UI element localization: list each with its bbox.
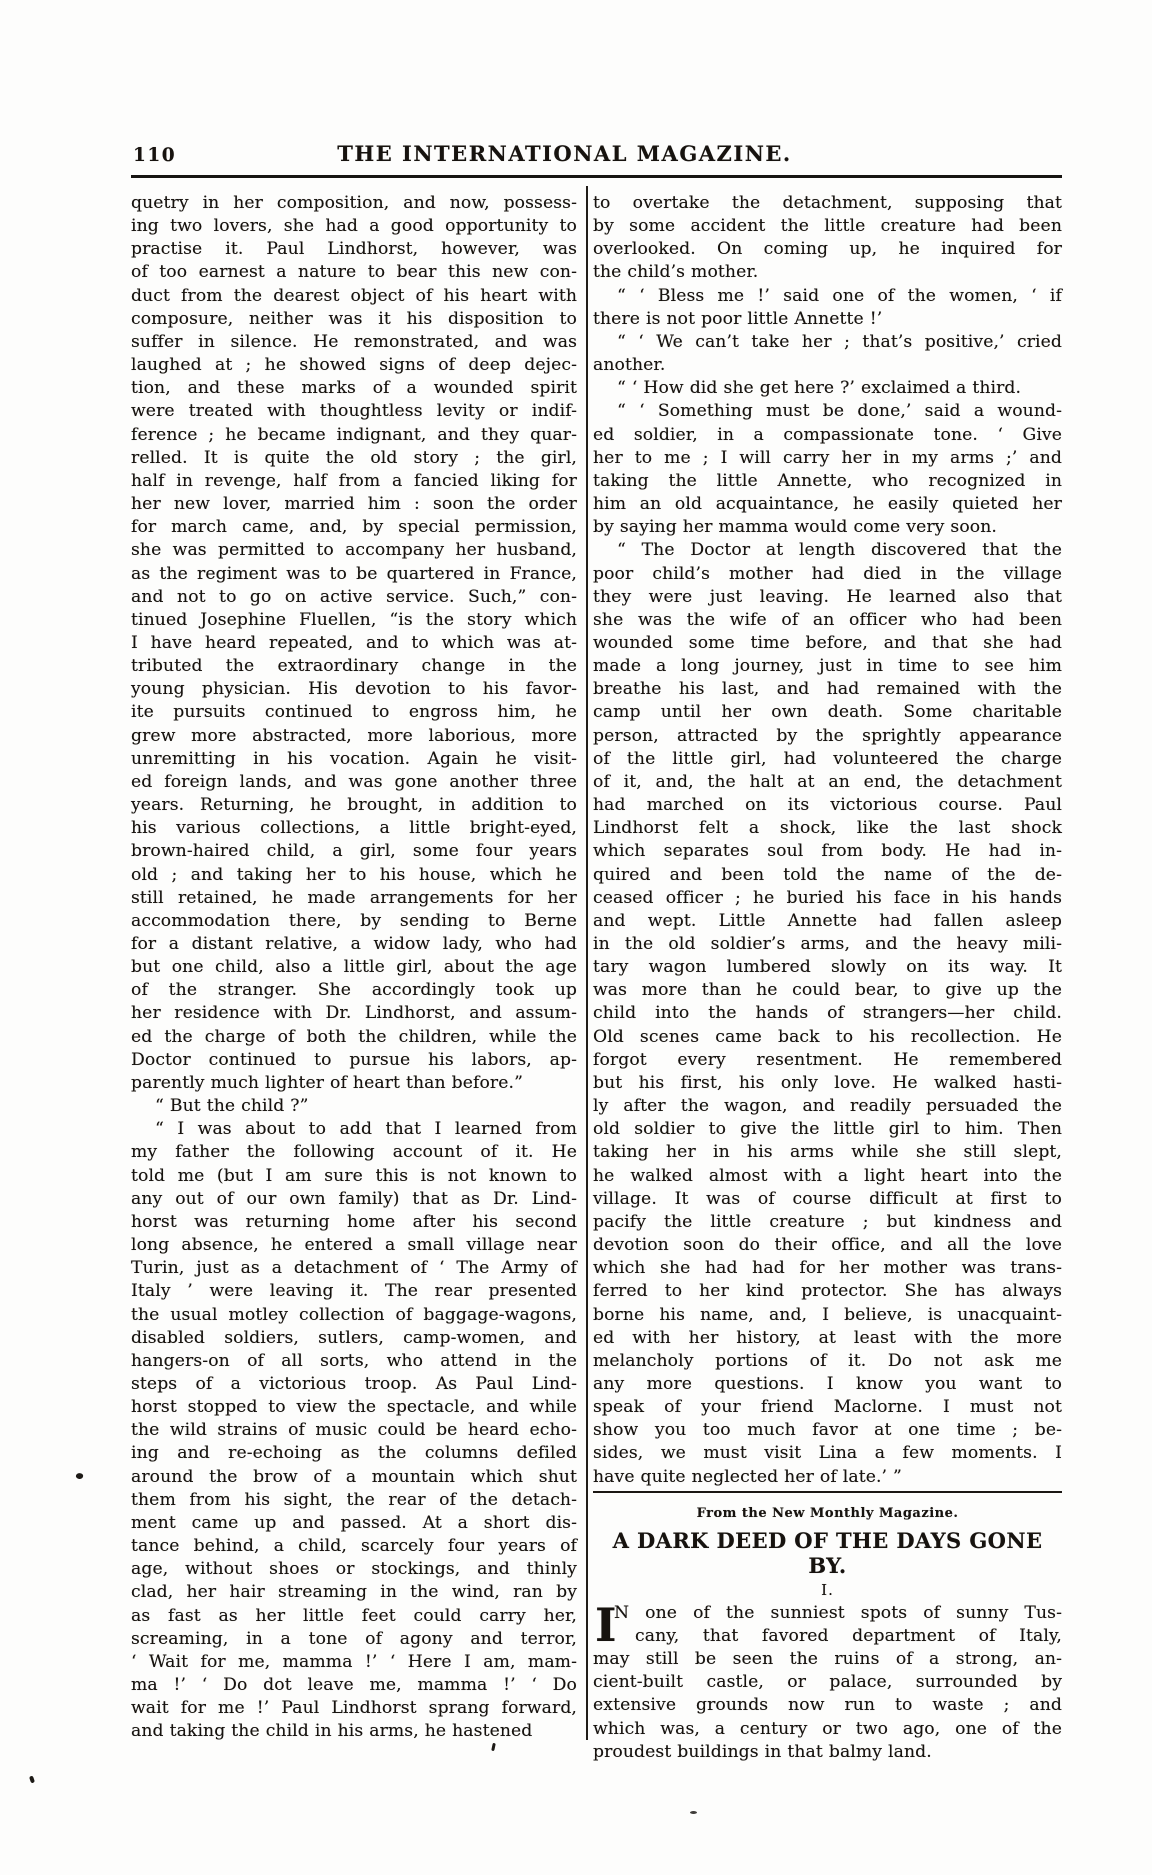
text-line: she was the wife of an officer who had b… [593, 609, 1062, 632]
text-line: “ But the child ?” [131, 1095, 577, 1118]
text-line: ‘ Wait for me, mamma !’ ‘ Here I am, mam… [131, 1651, 577, 1674]
text-line: tary wagon lumbered slowly on its way. I… [593, 956, 1062, 979]
text-line: devotion soon do their office, and all t… [593, 1234, 1062, 1257]
text-line: ed the charge of both the children, whil… [131, 1026, 577, 1049]
magazine-page: 110 THE INTERNATIONAL MAGAZINE. quetry i… [0, 0, 1152, 1875]
text-line: taking her in his arms while she still s… [593, 1141, 1062, 1164]
ink-speck [690, 1811, 697, 1814]
text-line: he walked almost with a light heart into… [593, 1165, 1062, 1188]
text-line: overlooked. On coming up, he inquired fo… [593, 238, 1062, 261]
text-line: “ ‘ Something must be done,’ said a woun… [593, 400, 1062, 423]
text-line: ference ; he became indignant, and they … [131, 424, 577, 447]
text-line: long absence, he entered a small village… [131, 1234, 577, 1257]
ink-speck [491, 1743, 496, 1751]
text-line: they were just leaving. He learned also … [593, 586, 1062, 609]
text-line: “ I was about to add that I learned from [131, 1118, 577, 1141]
column-divider [586, 186, 588, 1740]
text-line: brown-haired child, a girl, some four ye… [131, 840, 577, 863]
text-line: Lindhorst felt a shock, like the last sh… [593, 817, 1062, 840]
text-line: young physician. His devotion to his fav… [131, 678, 577, 701]
text-line: was more than he could bear, to give up … [593, 979, 1062, 1002]
text-line: there is not poor little Annette !’ [593, 308, 1062, 331]
text-line: but one child, also a little girl, about… [131, 956, 577, 979]
text-line: extensive grounds now run to waste ; and [593, 1694, 1062, 1717]
text-line: his various collections, a little bright… [131, 817, 577, 840]
text-line: which she had had for her mother was tra… [593, 1257, 1062, 1280]
text-line: by some accident the little creature had… [593, 215, 1062, 238]
text-line: for march came, and, by special permissi… [131, 516, 577, 539]
text-line: hangers-on of all sorts, who attend in t… [131, 1350, 577, 1373]
text-line: cany, that favored department of Italy, [593, 1625, 1062, 1648]
text-line: and wept. Little Annette had fallen asle… [593, 910, 1062, 933]
text-line: which separates soul from body. He had i… [593, 840, 1062, 863]
text-line: by saying her mamma would come very soon… [593, 516, 1062, 539]
text-line: pacify the little creature ; but kindnes… [593, 1211, 1062, 1234]
text-line: borne his name, and, I believe, is unacq… [593, 1304, 1062, 1327]
text-line: “ ‘ How did she get here ?’ exclaimed a … [593, 377, 1062, 400]
text-line: still retained, he made arrangements for… [131, 887, 577, 910]
text-line: her residence with Dr. Lindhorst, and as… [131, 1002, 577, 1025]
text-line: told me (but I am sure this is not known… [131, 1165, 577, 1188]
text-line: ly after the wagon, and readily persuade… [593, 1095, 1062, 1118]
text-line: years. Returning, he brought, in additio… [131, 794, 577, 817]
text-line: grew more abstracted, more laborious, mo… [131, 725, 577, 748]
text-line: horst was returning home after his secon… [131, 1211, 577, 1234]
text-line: suffer in silence. He remonstrated, and … [131, 331, 577, 354]
text-line: steps of a victorious troop. As Paul Lin… [131, 1373, 577, 1396]
text-line: composure, neither was it his dispositio… [131, 308, 577, 331]
text-line: forgot every resentment. He remembered [593, 1049, 1062, 1072]
ink-speck [75, 1472, 84, 1480]
drop-cap-letter: I [595, 1604, 617, 1646]
text-line: my father the following account of it. H… [131, 1141, 577, 1164]
text-line: parently much lighter of heart than befo… [131, 1072, 577, 1095]
text-line: child into the hands of strangers—her ch… [593, 1002, 1062, 1025]
text-line: person, attracted by the sprightly appea… [593, 725, 1062, 748]
article-opening-paragraph: I N one of the sunniest spots of sunny T… [593, 1602, 1062, 1764]
text-line: her new lover, married him : soon the or… [131, 493, 577, 516]
text-line: of the stranger. She accordingly took up [131, 979, 577, 1002]
text-line: ing and re-echoing as the columns defile… [131, 1442, 577, 1465]
text-line: “ The Doctor at length discovered that t… [593, 539, 1062, 562]
text-line: Italy ’ were leaving it. The rear presen… [131, 1280, 577, 1303]
text-line: ing two lovers, she had a good opportuni… [131, 215, 577, 238]
article-title: A DARK DEED OF THE DAYS GONE BY. [593, 1528, 1062, 1578]
text-line: laughed at ; he showed signs of deep dej… [131, 354, 577, 377]
text-line: of it, and, the halt at an end, the deta… [593, 771, 1062, 794]
text-line: “ ‘ Bless me !’ said one of the women, ‘… [593, 285, 1062, 308]
text-line: ma !’ ‘ Do dot leave me, mamma !’ ‘ Do [131, 1674, 577, 1697]
text-line: proudest buildings in that balmy land. [593, 1741, 1062, 1764]
text-line: quetry in her composition, and now, poss… [131, 192, 577, 215]
text-line: the child’s mother. [593, 261, 1062, 284]
text-line: N one of the sunniest spots of sunny Tus… [593, 1602, 1062, 1625]
text-line: the usual motley collection of baggage-w… [131, 1304, 577, 1327]
text-line: for a distant relative, a widow lady, wh… [131, 933, 577, 956]
text-line: as fast as her little feet could carry h… [131, 1605, 577, 1628]
text-line: him an old acquaintance, he easily quiet… [593, 493, 1062, 516]
text-line: speak of your friend Maclorne. I must no… [593, 1396, 1062, 1419]
text-line: she was permitted to accompany her husba… [131, 539, 577, 562]
text-line: Turin, just as a detachment of ‘ The Arm… [131, 1257, 577, 1280]
text-line: unremitting in his vocation. Again he vi… [131, 748, 577, 771]
text-line: cient-built castle, or palace, surrounde… [593, 1671, 1062, 1694]
text-line: had marched on its victorious course. Pa… [593, 794, 1062, 817]
text-line: quired and been told the name of the de- [593, 864, 1062, 887]
text-line: Doctor continued to pursue his labors, a… [131, 1049, 577, 1072]
left-column: quetry in her composition, and now, poss… [131, 192, 577, 1743]
text-line: tinued Josephine Fluellen, “is the story… [131, 609, 577, 632]
section-divider-rule [593, 1491, 1062, 1493]
text-line: ceased officer ; he buried his face in h… [593, 887, 1062, 910]
text-line: but his first, his only love. He walked … [593, 1072, 1062, 1095]
chapter-numeral: I. [593, 1583, 1062, 1598]
text-line: duct from the dearest object of his hear… [131, 285, 577, 308]
text-line: ite pursuits continued to engross him, h… [131, 701, 577, 724]
ink-speck [29, 1776, 35, 1784]
page-header-title: THE INTERNATIONAL MAGAZINE. [99, 142, 1030, 166]
text-line: practise it. Paul Lindhorst, however, wa… [131, 238, 577, 261]
text-line: disabled soldiers, sutlers, camp-women, … [131, 1327, 577, 1350]
text-line: and not to go on active service. Such,” … [131, 586, 577, 609]
text-line: sides, we must visit Lina a few moments.… [593, 1442, 1062, 1465]
text-line: made a long journey, just in time to see… [593, 655, 1062, 678]
text-line: ed soldier, in a compassionate tone. ‘ G… [593, 424, 1062, 447]
text-line: ferred to her kind protector. She has al… [593, 1280, 1062, 1303]
text-line: old soldier to give the little girl to h… [593, 1118, 1062, 1141]
text-line: relled. It is quite the old story ; the … [131, 447, 577, 470]
text-line: any more questions. I know you want to [593, 1373, 1062, 1396]
text-line: tance behind, a child, scarcely four yea… [131, 1535, 577, 1558]
text-line: to overtake the detachment, supposing th… [593, 192, 1062, 215]
right-column: to overtake the detachment, supposing th… [593, 192, 1062, 1764]
text-line: clad, her hair streaming in the wind, ra… [131, 1581, 577, 1604]
text-line: tion, and these marks of a wounded spiri… [131, 377, 577, 400]
text-line: age, without shoes or stockings, and thi… [131, 1558, 577, 1581]
text-line: show you too much favor at one time ; be… [593, 1419, 1062, 1442]
text-line: camp until her own death. Some charitabl… [593, 701, 1062, 724]
text-line: ed with her history, at least with the m… [593, 1327, 1062, 1350]
text-line: her to me ; I will carry her in my arms … [593, 447, 1062, 470]
text-line: the wild strains of music could be heard… [131, 1419, 577, 1442]
header-rule [131, 175, 1062, 178]
text-line: poor child’s mother had died in the vill… [593, 563, 1062, 586]
text-line: half in revenge, half from a fancied lik… [131, 470, 577, 493]
text-line: may still be seen the ruins of a strong,… [593, 1648, 1062, 1671]
text-line: horst stopped to view the spectacle, and… [131, 1396, 577, 1419]
text-line: ed foreign lands, and was gone another t… [131, 771, 577, 794]
text-line: wounded some time before, and that she h… [593, 632, 1062, 655]
text-line: ment came up and passed. At a short dis- [131, 1512, 577, 1535]
article-opening-lines: N one of the sunniest spots of sunny Tus… [593, 1602, 1062, 1764]
text-line: any out of our own family) that as Dr. L… [131, 1188, 577, 1211]
text-line: another. [593, 354, 1062, 377]
text-line: of the little girl, had volunteered the … [593, 748, 1062, 771]
text-line: around the brow of a mountain which shut [131, 1466, 577, 1489]
right-column-story: to overtake the detachment, supposing th… [593, 192, 1062, 1489]
text-line: screaming, in a tone of agony and terror… [131, 1628, 577, 1651]
text-line: breathe his last, and had remained with … [593, 678, 1062, 701]
text-line: Old scenes came back to his recollection… [593, 1026, 1062, 1049]
text-line: were treated with thoughtless levity or … [131, 400, 577, 423]
text-line: village. It was of course difficult at f… [593, 1188, 1062, 1211]
text-line: and taking the child in his arms, he has… [131, 1720, 577, 1743]
text-line: as the regiment was to be quartered in F… [131, 563, 577, 586]
text-line: which was, a century or two ago, one of … [593, 1718, 1062, 1741]
text-line: I have heard repeated, and to which was … [131, 632, 577, 655]
text-line: in the old soldier’s arms, and the heavy… [593, 933, 1062, 956]
text-line: wait for me !’ Paul Lindhorst sprang for… [131, 1697, 577, 1720]
text-line: have quite neglected her of late.’ ” [593, 1466, 1062, 1489]
text-line: accommodation there, by sending to Berne [131, 910, 577, 933]
text-line: them from his sight, the rear of the det… [131, 1489, 577, 1512]
text-line: old ; and taking her to his house, which… [131, 864, 577, 887]
text-line: of too earnest a nature to bear this new… [131, 261, 577, 284]
text-line: tributed the extraordinary change in the [131, 655, 577, 678]
article-attribution: From the New Monthly Magazine. [593, 1506, 1062, 1521]
text-line: melancholy portions of it. Do not ask me [593, 1350, 1062, 1373]
text-line: “ ‘ We can’t take her ; that’s positive,… [593, 331, 1062, 354]
text-line: taking the little Annette, who recognize… [593, 470, 1062, 493]
